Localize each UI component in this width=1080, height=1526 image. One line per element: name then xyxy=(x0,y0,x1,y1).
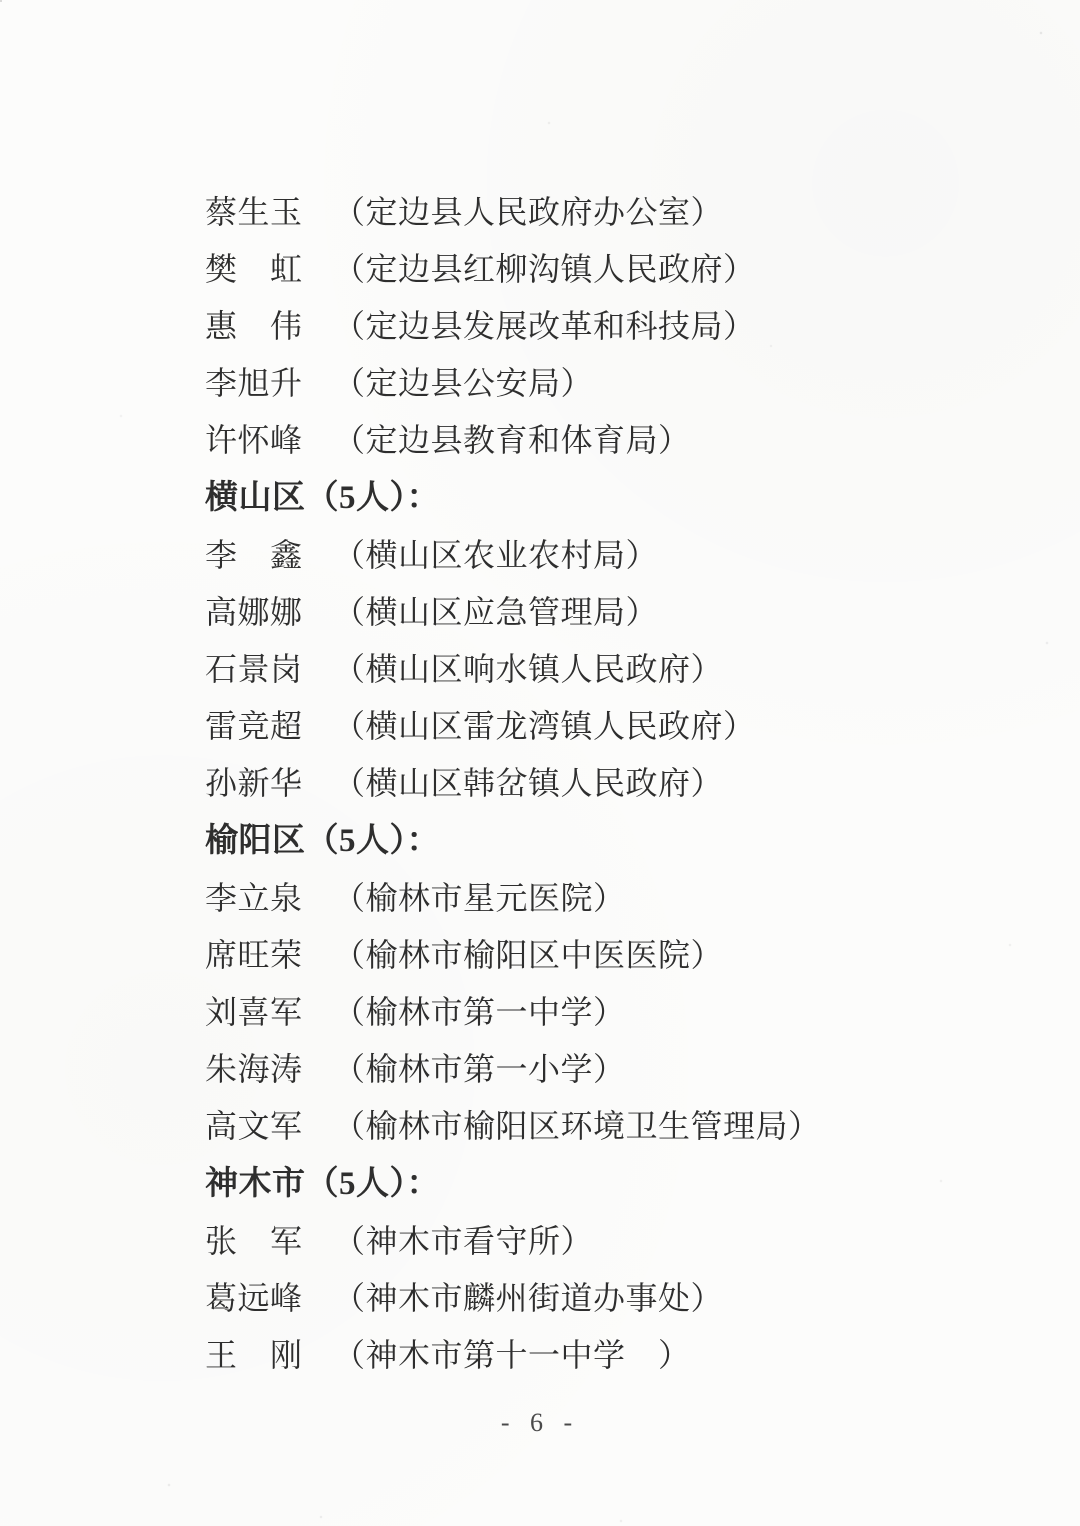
roster: 蔡生玉（定边县人民政府办公室） 樊 虹（定边县红柳沟镇人民政府） 惠 伟（定边县… xyxy=(205,184,1025,1384)
roster-entry: 高文军（榆林市榆阳区环境卫生管理局） xyxy=(205,1098,1025,1155)
person-organization: （神木市看守所） xyxy=(333,1213,593,1270)
roster-entry: 李立泉（榆林市星元医院） xyxy=(205,870,1025,927)
person-name: 石景岗 xyxy=(205,641,333,698)
person-organization: （定边县发展改革和科技局） xyxy=(333,298,756,355)
roster-entry: 朱海涛（榆林市第一小学） xyxy=(205,1041,1025,1098)
person-name: 高娜娜 xyxy=(205,584,333,641)
person-name: 刘喜军 xyxy=(205,984,333,1041)
person-organization: （榆林市星元医院） xyxy=(333,870,626,927)
roster-entry: 雷竞超（横山区雷龙湾镇人民政府） xyxy=(205,698,1025,755)
person-name: 许怀峰 xyxy=(205,412,333,469)
roster-entry: 张 军（神木市看守所） xyxy=(205,1213,1025,1270)
roster-entry: 樊 虹（定边县红柳沟镇人民政府） xyxy=(205,241,1025,298)
page-number: - 6 - xyxy=(0,1408,1080,1438)
person-name: 李立泉 xyxy=(205,870,333,927)
person-organization: （神木市第十一中学 ） xyxy=(333,1327,691,1384)
person-name: 樊 虹 xyxy=(205,241,333,298)
person-name: 葛远峰 xyxy=(205,1270,333,1327)
person-organization: （定边县公安局） xyxy=(333,355,593,412)
person-name: 张 军 xyxy=(205,1213,333,1270)
person-name: 王 刚 xyxy=(205,1327,333,1384)
roster-entry: 李 鑫（横山区农业农村局） xyxy=(205,527,1025,584)
roster-entry: 许怀峰（定边县教育和体育局） xyxy=(205,412,1025,469)
section-title: 横山区（5人）： xyxy=(205,469,1025,527)
roster-entry: 惠 伟（定边县发展改革和科技局） xyxy=(205,298,1025,355)
roster-entry: 葛远峰（神木市麟州街道办事处） xyxy=(205,1270,1025,1327)
roster-entry: 高娜娜（横山区应急管理局） xyxy=(205,584,1025,641)
roster-entry: 刘喜军（榆林市第一中学） xyxy=(205,984,1025,1041)
person-name: 朱海涛 xyxy=(205,1041,333,1098)
person-organization: （榆林市第一小学） xyxy=(333,1041,626,1098)
person-organization: （定边县红柳沟镇人民政府） xyxy=(333,241,756,298)
person-organization: （榆林市榆阳区环境卫生管理局） xyxy=(333,1098,821,1155)
person-name: 席旺荣 xyxy=(205,927,333,984)
person-organization: （横山区雷龙湾镇人民政府） xyxy=(333,698,756,755)
roster-entry: 李旭升（定边县公安局） xyxy=(205,355,1025,412)
person-name: 高文军 xyxy=(205,1098,333,1155)
person-organization: （横山区农业农村局） xyxy=(333,527,658,584)
person-organization: （神木市麟州街道办事处） xyxy=(333,1270,723,1327)
scanned-page: 蔡生玉（定边县人民政府办公室） 樊 虹（定边县红柳沟镇人民政府） 惠 伟（定边县… xyxy=(0,0,1080,1526)
section-title: 榆阳区（5人）： xyxy=(205,812,1025,870)
scan-noise-specks xyxy=(0,0,2,2)
person-organization: （定边县教育和体育局） xyxy=(333,412,691,469)
person-name: 雷竞超 xyxy=(205,698,333,755)
roster-entry: 蔡生玉（定边县人民政府办公室） xyxy=(205,184,1025,241)
person-name: 孙新华 xyxy=(205,755,333,812)
person-name: 惠 伟 xyxy=(205,298,333,355)
person-organization: （横山区韩岔镇人民政府） xyxy=(333,755,723,812)
person-name: 李旭升 xyxy=(205,355,333,412)
person-name: 李 鑫 xyxy=(205,527,333,584)
person-organization: （榆林市第一中学） xyxy=(333,984,626,1041)
roster-entry: 石景岗（横山区响水镇人民政府） xyxy=(205,641,1025,698)
person-organization: （横山区响水镇人民政府） xyxy=(333,641,723,698)
roster-entry: 孙新华（横山区韩岔镇人民政府） xyxy=(205,755,1025,812)
person-name: 蔡生玉 xyxy=(205,184,333,241)
section-title: 神木市（5人）： xyxy=(205,1155,1025,1213)
roster-entry: 席旺荣（榆林市榆阳区中医医院） xyxy=(205,927,1025,984)
person-organization: （榆林市榆阳区中医医院） xyxy=(333,927,723,984)
person-organization: （定边县人民政府办公室） xyxy=(333,184,723,241)
person-organization: （横山区应急管理局） xyxy=(333,584,658,641)
roster-entry: 王 刚（神木市第十一中学 ） xyxy=(205,1327,1025,1384)
